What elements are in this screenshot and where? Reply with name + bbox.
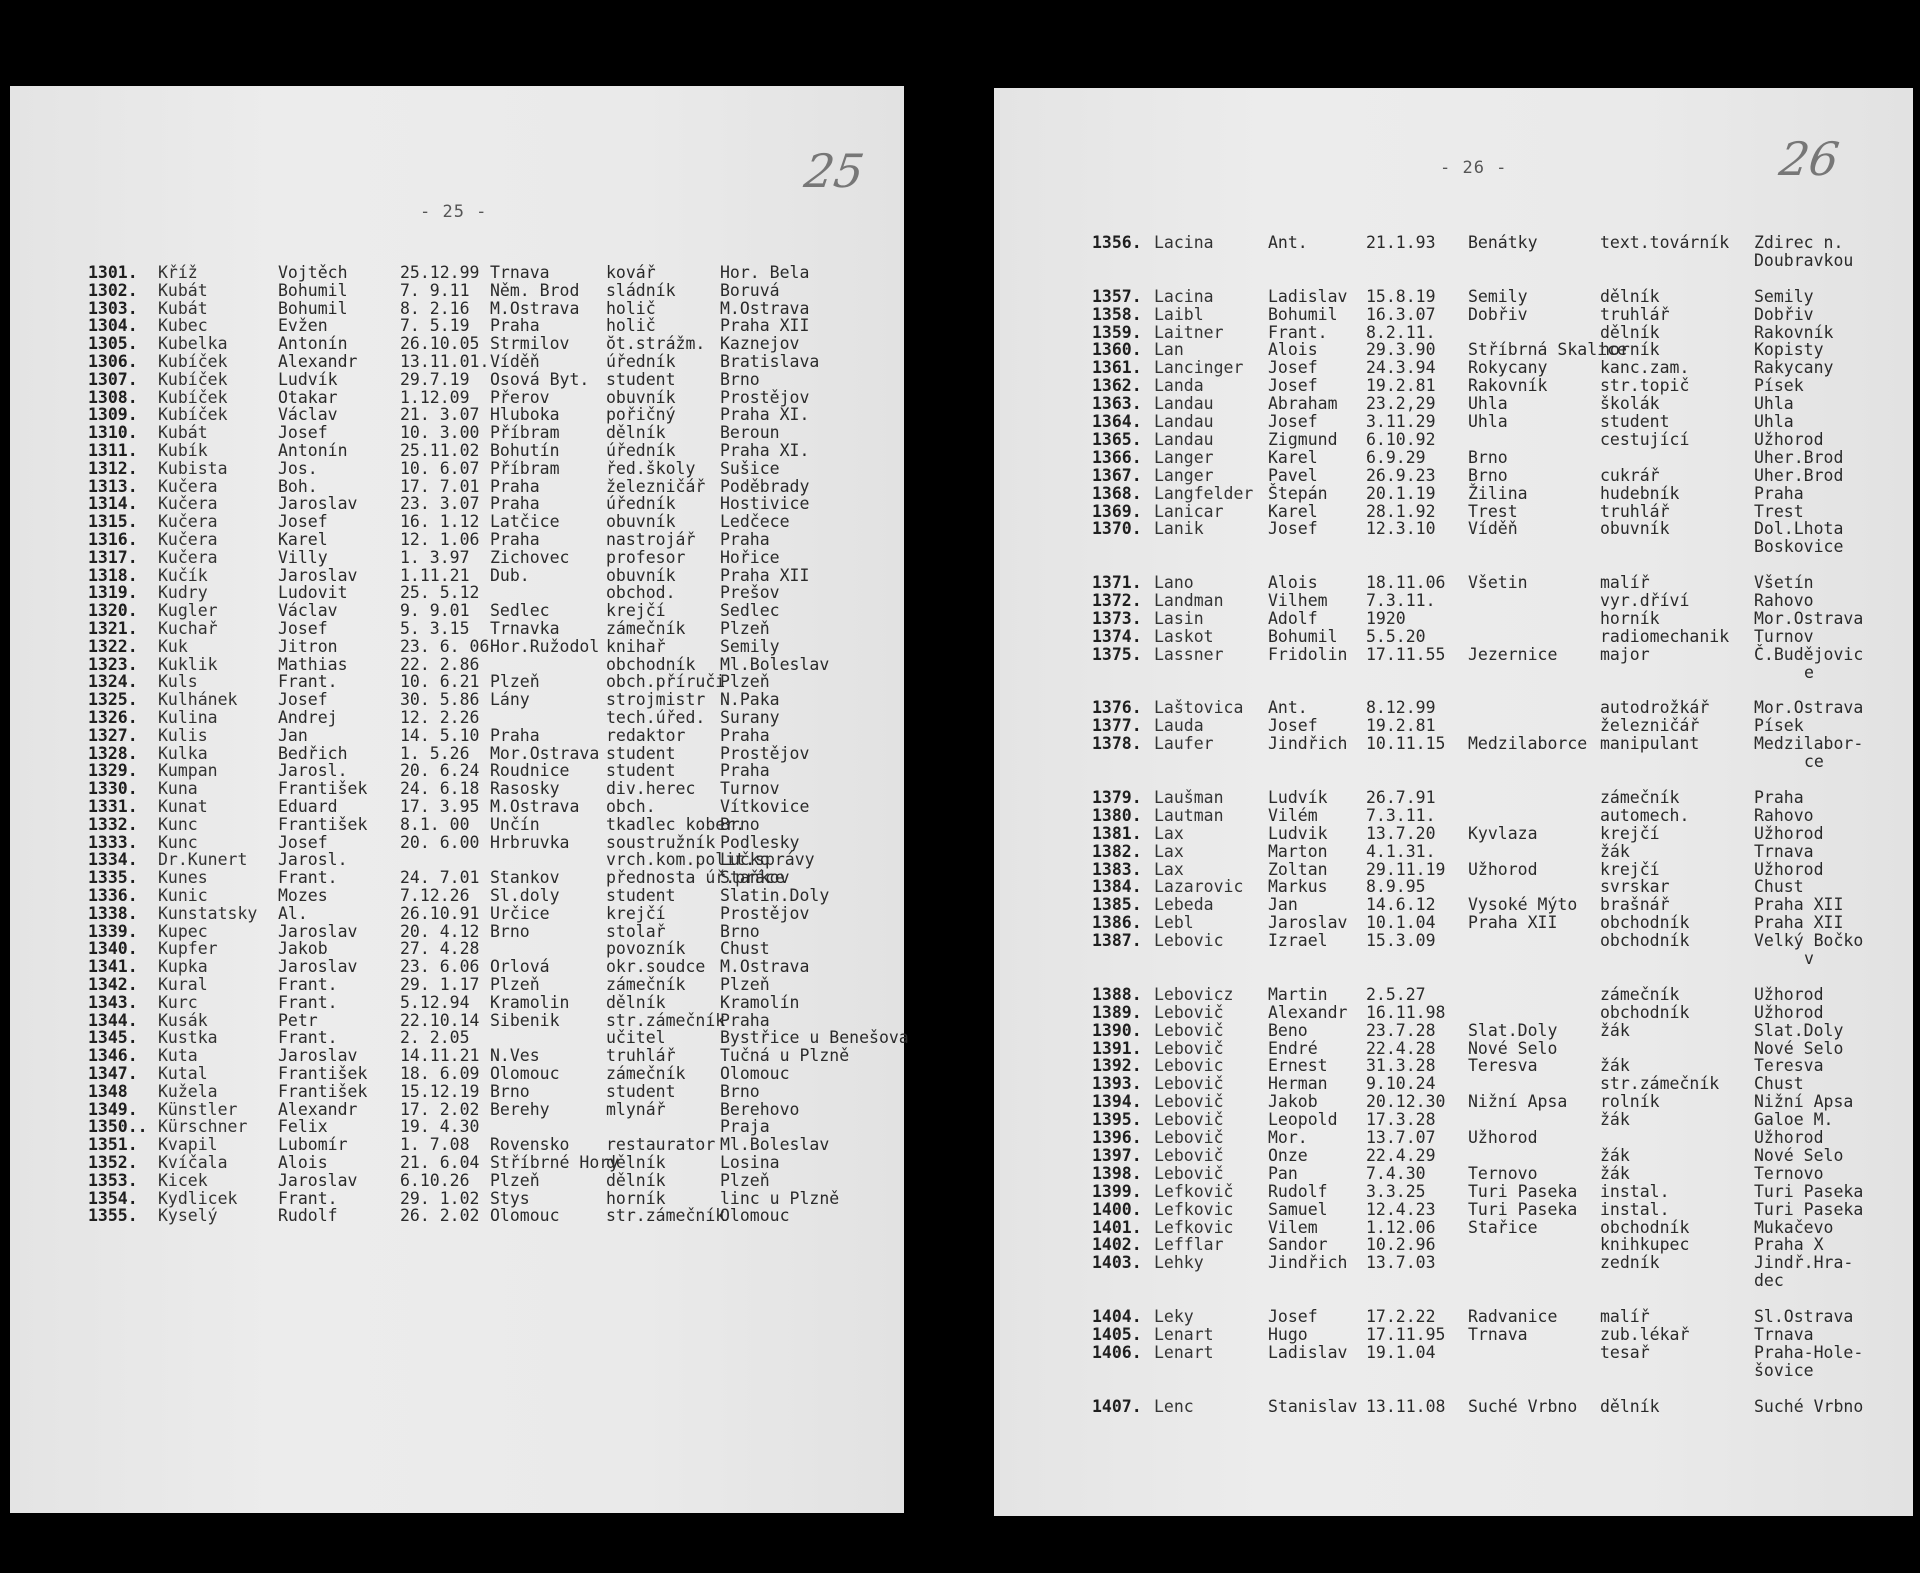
entry-occupation: instal. xyxy=(1600,1183,1670,1201)
entry-residence: Brno xyxy=(720,371,760,389)
entry-no: 1369. xyxy=(1092,503,1142,521)
entry-residence: Prostějov xyxy=(720,389,809,407)
entry-first: Ant. xyxy=(1268,234,1308,252)
entry-occupation: student xyxy=(606,745,676,763)
entry-first: Bohumil xyxy=(1268,306,1338,324)
entry-birthplace: Benátky xyxy=(1468,234,1538,252)
entry-occupation: dělník xyxy=(1600,288,1660,306)
entry-first: Josef xyxy=(1268,377,1318,395)
entry-no: 1332. xyxy=(88,816,138,834)
entry-occupation: student xyxy=(606,887,676,905)
entry-surname: Kyselý xyxy=(158,1207,218,1225)
entry-residence: Užhorod xyxy=(1754,1129,1824,1147)
table-row: 1385.LebedaJan14.6.12Vysoké MýtobrašnářP… xyxy=(994,896,1913,914)
entry-surname: Kučera xyxy=(158,513,218,531)
entry-born: 15.3.09 xyxy=(1366,932,1436,950)
entry-occupation: restaurator xyxy=(606,1136,715,1154)
entry-birthplace: Rakovník xyxy=(1468,377,1547,395)
entry-residence: Kopisty xyxy=(1754,341,1824,359)
entry-surname: Laitner xyxy=(1154,324,1224,342)
entry-no: 1354. xyxy=(88,1190,138,1208)
entry-first: Jaroslav xyxy=(278,495,357,513)
entry-first: Abraham xyxy=(1268,395,1338,413)
entry-first: Jos. xyxy=(278,460,318,478)
entry-birthplace: Stařice xyxy=(1468,1219,1538,1237)
entry-born: 19.2.81 xyxy=(1366,717,1436,735)
entry-first: Andrej xyxy=(278,709,338,727)
entry-occupation: radiomechanik xyxy=(1600,628,1729,646)
entry-born: 12.3.10 xyxy=(1366,520,1436,538)
entry-first: Ernest xyxy=(1268,1057,1328,1075)
entry-birthplace: Určice xyxy=(490,905,550,923)
entry-residence: Trest xyxy=(1754,503,1804,521)
entry-no: 1338. xyxy=(88,905,138,923)
table-row: 1381.LaxLudvik13.7.20KyvlazakrejčíUžhoro… xyxy=(994,825,1913,843)
entry-surname: Kumpan xyxy=(158,762,218,780)
entry-born: 20.12.30 xyxy=(1366,1093,1445,1111)
entry-occupation: hudebník xyxy=(1600,485,1679,503)
entry-occupation: student xyxy=(606,1083,676,1101)
entry-occupation: úředník xyxy=(606,353,676,371)
entry-birthplace: Berehy xyxy=(490,1101,550,1119)
entry-born: 20.1.19 xyxy=(1366,485,1436,503)
entry-no: 1398. xyxy=(1092,1165,1142,1183)
entry-occupation: povozník xyxy=(606,940,685,958)
entry-first: Vilhem xyxy=(1268,592,1328,610)
entry-residence: Nižní Apsa xyxy=(1754,1093,1853,1111)
entry-born: 14. 5.10 xyxy=(400,727,479,745)
entry-residence: Praha xyxy=(720,531,770,549)
table-row: 1323.KuklikMathias22. 2.86obchodníkMl.Bo… xyxy=(10,656,904,674)
entry-born: 10.1.04 xyxy=(1366,914,1436,932)
entry-first: Mozes xyxy=(278,887,328,905)
entry-residence: Užhorod xyxy=(1754,431,1824,449)
entry-occupation: kovář xyxy=(606,264,656,282)
table-row: 1348KuželaFrantišek15.12.19BrnostudentBr… xyxy=(10,1083,904,1101)
entry-born: 10. 3.00 xyxy=(400,424,479,442)
entry-birthplace: Hluboka xyxy=(490,406,560,424)
entry-first: Samuel xyxy=(1268,1201,1328,1219)
entry-born: 21.1.93 xyxy=(1366,234,1436,252)
entry-born: 25. 5.12 xyxy=(400,584,479,602)
entry-residence: Trnava xyxy=(1754,1326,1814,1344)
entry-no: 1376. xyxy=(1092,699,1142,717)
entry-no: 1304. xyxy=(88,317,138,335)
table-row: 1312.KubistaJos.10. 6.07Příbramřed.školy… xyxy=(10,460,904,478)
entry-born: 1920 xyxy=(1366,610,1406,628)
entry-surname: Kuls xyxy=(158,673,198,691)
table-row: 1330.KunaFrantišek24. 6.18Rasoskydiv.her… xyxy=(10,780,904,798)
entry-born: 4.1.31. xyxy=(1366,843,1436,861)
entry-born: 10. 6.07 xyxy=(400,460,479,478)
entry-residence: Praha XI. xyxy=(720,406,809,424)
entry-residence: Bystřice u Benešova xyxy=(720,1029,909,1047)
entry-no: 1307. xyxy=(88,371,138,389)
entry-surname: Kubíček xyxy=(158,371,228,389)
entry-born: 26.7.91 xyxy=(1366,789,1436,807)
entry-no: 1326. xyxy=(88,709,138,727)
entry-residence: Zdirec n. xyxy=(1754,234,1843,252)
entry-first: Jaroslav xyxy=(1268,914,1347,932)
entry-first: Bohumil xyxy=(278,300,348,318)
entry-residence: Sedlec xyxy=(720,602,780,620)
entry-surname: Kudry xyxy=(158,584,208,602)
entry-no: 1353. xyxy=(88,1172,138,1190)
entry-first: Josef xyxy=(278,424,328,442)
entry-born: 23.2,29 xyxy=(1366,395,1436,413)
entry-no: 1344. xyxy=(88,1012,138,1030)
entry-occupation: žák xyxy=(1600,1147,1630,1165)
entry-occupation: malíř xyxy=(1600,1308,1650,1326)
entry-surname: Laufer xyxy=(1154,735,1214,753)
entry-occupation: obchodník xyxy=(1600,914,1689,932)
entry-residence: Rakycany xyxy=(1754,359,1833,377)
entry-residence: Č.Budějovic xyxy=(1754,646,1863,664)
entry-residence: Galoe M. xyxy=(1754,1111,1833,1129)
entry-born: 10.2.96 xyxy=(1366,1236,1436,1254)
entry-occupation: rolník xyxy=(1600,1093,1660,1111)
entry-first: Pan xyxy=(1268,1165,1298,1183)
entry-occupation: redaktor xyxy=(606,727,685,745)
table-row: 1311.KubíkAntonín25.11.02BohutínúředníkP… xyxy=(10,442,904,460)
entry-surname: Kvíčala xyxy=(158,1154,228,1172)
entry-first: František xyxy=(278,780,367,798)
entry-surname: Kunstatsky xyxy=(158,905,257,923)
entry-surname: Kubíček xyxy=(158,406,228,424)
entry-birthplace: Jezernice xyxy=(1468,646,1557,664)
table-row: 1313.KučeraBoh.17. 7.01PrahaželezničářPo… xyxy=(10,478,904,496)
entry-occupation: železničář xyxy=(1600,717,1699,735)
entry-no: 1316. xyxy=(88,531,138,549)
entry-surname: Kuklik xyxy=(158,656,218,674)
entry-occupation: student xyxy=(606,371,676,389)
table-row-continuation: e xyxy=(994,664,1913,682)
table-row: 1339.KupecJaroslav20. 4.12BrnostolařBrno xyxy=(10,923,904,941)
entry-occupation: krejčí xyxy=(1600,861,1660,879)
entry-birthplace: Uhla xyxy=(1468,395,1508,413)
entry-born: 3.11.29 xyxy=(1366,413,1436,431)
entry-first: Herman xyxy=(1268,1075,1328,1093)
entry-residence: Poděbrady xyxy=(720,478,809,496)
entry-residence: Všetín xyxy=(1754,574,1814,592)
entry-born: 20. 4.12 xyxy=(400,923,479,941)
entry-born: 6.9.29 xyxy=(1366,449,1426,467)
entry-birthplace: Brno xyxy=(490,1083,530,1101)
entry-residence: Slatin.Doly xyxy=(720,887,829,905)
entry-occupation: truhlář xyxy=(1600,306,1670,324)
entry-born: 12.4.23 xyxy=(1366,1201,1436,1219)
table-row: 1327.KulisJan14. 5.10PraharedaktorPraha xyxy=(10,727,904,745)
entry-no: 1399. xyxy=(1092,1183,1142,1201)
table-row: 1390.LebovičBeno23.7.28Slat.DolyžákSlat.… xyxy=(994,1022,1913,1040)
entry-residence: Praha XII xyxy=(1754,896,1843,914)
table-row-continuation: Doubravkou xyxy=(994,252,1913,270)
entry-born: 1.12.09 xyxy=(400,389,470,407)
entry-surname: Kubát xyxy=(158,282,208,300)
entry-residence: Kramolín xyxy=(720,994,799,1012)
entry-occupation: stolař xyxy=(606,923,666,941)
entry-birthplace: Vysoké Mýto xyxy=(1468,896,1577,914)
entry-no: 1401. xyxy=(1092,1219,1142,1237)
entry-surname: Laušman xyxy=(1154,789,1224,807)
entry-residence: Olomouc xyxy=(720,1065,790,1083)
entry-first: Markus xyxy=(1268,878,1328,896)
table-row: 1353.KicekJaroslav6.10.26PlzeňdělníkPlze… xyxy=(10,1172,904,1190)
table-row: 1356.LacinaAnt.21.1.93Benátkytext.továrn… xyxy=(994,234,1913,252)
entry-residence: Užhorod xyxy=(1754,986,1824,1004)
entry-occupation: mlynář xyxy=(606,1101,666,1119)
entry-surname: Kubát xyxy=(158,300,208,318)
entry-occupation: instal. xyxy=(1600,1201,1670,1219)
entry-first: Rudolf xyxy=(278,1207,338,1225)
table-row: 1354.KydlicekFrant.29. 1.02Styshorníklin… xyxy=(10,1190,904,1208)
entry-residence: Brno xyxy=(720,923,760,941)
entry-born: 1. 7.08 xyxy=(400,1136,470,1154)
entry-born: 26.9.23 xyxy=(1366,467,1436,485)
entry-residence: Uher.Brod xyxy=(1754,449,1843,467)
entry-birthplace: Praha XII xyxy=(1468,914,1557,932)
entry-residence: Užhorod xyxy=(1754,1004,1824,1022)
entry-residence: Suché Vrbno xyxy=(1754,1398,1863,1416)
entry-born: 6.10.92 xyxy=(1366,431,1436,449)
table-row: 1366.LangerKarel6.9.29BrnoUher.Brod xyxy=(994,449,1913,467)
entry-residence: Plzeň xyxy=(720,976,770,994)
entry-birthplace: Žilina xyxy=(1468,485,1528,503)
entry-first: Ludvík xyxy=(1268,789,1328,807)
table-row: 1372.LandmanVilhem7.3.11.vyr.dřívíRahovo xyxy=(994,592,1913,610)
entry-born: 18.11.06 xyxy=(1366,574,1445,592)
entry-born: 29.7.19 xyxy=(400,371,470,389)
entry-born: 7. 9.11 xyxy=(400,282,470,300)
entry-occupation: dělník xyxy=(606,1172,666,1190)
entry-born: 7. 5.19 xyxy=(400,317,470,335)
entry-occupation: svrskar xyxy=(1600,878,1670,896)
entry-no: 1389. xyxy=(1092,1004,1142,1022)
entry-occupation: malíř xyxy=(1600,574,1650,592)
entry-born: 16.11.98 xyxy=(1366,1004,1445,1022)
entry-surname: Kučera xyxy=(158,549,218,567)
entry-born: 24.3.94 xyxy=(1366,359,1436,377)
entry-no: 1335. xyxy=(88,869,138,887)
entry-occupation: horník xyxy=(1600,341,1660,359)
table-row: 1341.KupkaJaroslav23. 6.06Orlováokr.soud… xyxy=(10,958,904,976)
entry-birthplace: Lány xyxy=(490,691,530,709)
entry-no: 1396. xyxy=(1092,1129,1142,1147)
entry-birthplace: M.Ostrava xyxy=(490,300,579,318)
entry-born: 22.10.14 xyxy=(400,1012,479,1030)
entry-residence: linc u Plzně xyxy=(720,1190,839,1208)
entry-no: 1336. xyxy=(88,887,138,905)
entry-no: 1319. xyxy=(88,584,138,602)
entry-occupation: soustružník xyxy=(606,834,715,852)
entry-no: 1390. xyxy=(1092,1022,1142,1040)
table-row: 1328.KulkaBedřich1. 5.26Mor.Ostravastude… xyxy=(10,745,904,763)
table-row: 1401.LefkovicVilem1.12.06Stařiceobchodní… xyxy=(994,1219,1913,1237)
entry-first: Martin xyxy=(1268,986,1328,1004)
entry-first: Karel xyxy=(278,531,328,549)
entry-residence: Brno xyxy=(720,1083,760,1101)
entry-occupation: pořičný xyxy=(606,406,676,424)
entry-born: 22. 2.86 xyxy=(400,656,479,674)
entry-first: Ludovit xyxy=(278,584,348,602)
table-row: 1335.KunesFrant.24. 7.01Stankovpřednosta… xyxy=(10,869,904,887)
entry-surname: Künstler xyxy=(158,1101,237,1119)
entry-occupation: vrch.kom.polit.správy xyxy=(606,851,815,869)
table-row: 1375.LassnerFridolin17.11.55Jezernicemaj… xyxy=(994,646,1913,664)
entry-residence: Podlesky xyxy=(720,834,799,852)
entry-occupation: brašnář xyxy=(1600,896,1670,914)
entry-no: 1303. xyxy=(88,300,138,318)
table-row: 1318.KučíkJaroslav1.11.21Dub.obuvníkPrah… xyxy=(10,567,904,585)
table-row: 1384.LazarovicMarkus8.9.95svrskarChust xyxy=(994,878,1913,896)
entry-birthplace: Přerov xyxy=(490,389,550,407)
table-row: 1316.KučeraKarel12. 1.06PrahanastrojářPr… xyxy=(10,531,904,549)
entry-occupation: student xyxy=(606,762,676,780)
entry-birthplace: Dub. xyxy=(490,567,530,585)
entry-born: 13.7.03 xyxy=(1366,1254,1436,1272)
table-row-continuation: dec xyxy=(994,1272,1913,1290)
entry-birthplace: Brno xyxy=(1468,449,1508,467)
table-row: 1301.KřížVojtěch25.12.99TrnavakovářHor. … xyxy=(10,264,904,282)
entry-no: 1330. xyxy=(88,780,138,798)
entry-occupation: dělník xyxy=(606,1154,666,1172)
entry-surname: Lautman xyxy=(1154,807,1224,825)
entry-surname: Kugler xyxy=(158,602,218,620)
entry-no: 1373. xyxy=(1092,610,1142,628)
entry-residence: Ternovo xyxy=(1754,1165,1824,1183)
entry-birthplace: Zichovec xyxy=(490,549,569,567)
entry-no: 1361. xyxy=(1092,359,1142,377)
entry-occupation: okr.soudce xyxy=(606,958,705,976)
entry-birthplace: Plzeň xyxy=(490,1172,540,1190)
entry-occupation: holič xyxy=(606,317,656,335)
entry-no: 1355. xyxy=(88,1207,138,1225)
entry-first: Václav xyxy=(278,602,338,620)
entry-surname: Kupka xyxy=(158,958,208,976)
entry-surname: Lefkovic xyxy=(1154,1219,1233,1237)
entry-surname: Kutal xyxy=(158,1065,208,1083)
entry-first: Petr xyxy=(278,1012,318,1030)
entry-surname: Landau xyxy=(1154,431,1214,449)
entry-occupation: zámečník xyxy=(606,976,685,994)
entry-surname: Leky xyxy=(1154,1308,1194,1326)
table-row: 1304.KubecEvžen7. 5.19PrahaholičPraha XI… xyxy=(10,317,904,335)
entry-residence: Turnov xyxy=(720,780,780,798)
entry-surname: Kunat xyxy=(158,798,208,816)
entry-surname: Lebovič xyxy=(1154,1075,1224,1093)
entry-first: Karel xyxy=(1268,449,1318,467)
entry-birthplace: Víděň xyxy=(1468,520,1518,538)
table-row: 1310.KubátJosef10. 3.00PříbramdělníkBero… xyxy=(10,424,904,442)
entry-residence: Trnava xyxy=(1754,843,1814,861)
entry-first: Leopold xyxy=(1268,1111,1338,1129)
entry-no: 1328. xyxy=(88,745,138,763)
entry-birthplace: Plzeň xyxy=(490,976,540,994)
entry-occupation: cukrář xyxy=(1600,467,1660,485)
entry-birthplace: Strmilov xyxy=(490,335,569,353)
entry-no: 1342. xyxy=(88,976,138,994)
entry-birthplace: Trest xyxy=(1468,503,1518,521)
entry-birthplace: Osová Byt. xyxy=(490,371,589,389)
entry-residence: Ml.Boleslav xyxy=(720,656,829,674)
entry-surname: Lanik xyxy=(1154,520,1204,538)
entry-first: Jan xyxy=(1268,896,1298,914)
register-entries: 1356.LacinaAnt.21.1.93Benátkytext.továrn… xyxy=(994,88,1913,1516)
table-row: 1319.KudryLudovit25. 5.12obchod.Prešov xyxy=(10,584,904,602)
entry-birthplace: Praha xyxy=(490,531,540,549)
entry-first: Vojtěch xyxy=(278,264,348,282)
table-row: 1329.KumpanJarosl.20. 6.24Roudnicestuden… xyxy=(10,762,904,780)
entry-first: Jarosl. xyxy=(278,851,348,869)
entry-birthplace: Semily xyxy=(1468,288,1528,306)
entry-residence: Teresva xyxy=(1754,1057,1824,1075)
entry-first: Josef xyxy=(278,620,328,638)
table-row: 1399.LefkovičRudolf3.3.25Turi Pasekainst… xyxy=(994,1183,1913,1201)
entry-no: 1348 xyxy=(88,1083,128,1101)
entry-residence: Praha xyxy=(720,727,770,745)
entry-residence: Praha xyxy=(1754,485,1804,503)
entry-born: 29.11.19 xyxy=(1366,861,1445,879)
entry-residence: Ml.Boleslav xyxy=(720,1136,829,1154)
entry-surname: Kural xyxy=(158,976,208,994)
table-row: 1370.LanikJosef12.3.10VíděňobuvníkDol.Lh… xyxy=(994,520,1913,538)
entry-birthplace: Sedlec xyxy=(490,602,550,620)
entry-first: Hugo xyxy=(1268,1326,1308,1344)
entry-occupation: úředník xyxy=(606,495,676,513)
table-row: 1326.KulinaAndrej12. 2.26tech.úřed.Suran… xyxy=(10,709,904,727)
entry-surname: Lenc xyxy=(1154,1398,1194,1416)
entry-born: 17.11.55 xyxy=(1366,646,1445,664)
entry-residence: N.Paka xyxy=(720,691,780,709)
entry-born: 29. 1.17 xyxy=(400,976,479,994)
entry-first: Jakob xyxy=(278,940,328,958)
table-row: 1405.LenartHugo17.11.95Trnavazub.lékařTr… xyxy=(994,1326,1913,1344)
entry-birthplace: Kyvlaza xyxy=(1468,825,1538,843)
entry-no: 1383. xyxy=(1092,861,1142,879)
entry-born: 27. 4.28 xyxy=(400,940,479,958)
entry-no: 1349. xyxy=(88,1101,138,1119)
entry-occupation: obchodník xyxy=(1600,1219,1689,1237)
entry-no: 1306. xyxy=(88,353,138,371)
entry-residence: Semily xyxy=(1754,288,1814,306)
entry-occupation: holič xyxy=(606,300,656,318)
entry-birthplace: Unčín xyxy=(490,816,540,834)
entry-surname: Lano xyxy=(1154,574,1194,592)
entry-occupation: žák xyxy=(1600,1111,1630,1129)
entry-first: Frant. xyxy=(278,1190,338,1208)
entry-occupation: knihkupec xyxy=(1600,1236,1689,1254)
table-row-continuation: Boskovice xyxy=(994,538,1913,556)
entry-first: Alois xyxy=(278,1154,328,1172)
entry-no: 1360. xyxy=(1092,341,1142,359)
entry-residence: Vítkovice xyxy=(720,798,809,816)
table-row: 1404.LekyJosef17.2.22RadvanicemalířSl.Os… xyxy=(994,1308,1913,1326)
entry-residence: Semily xyxy=(720,638,780,656)
entry-residence: Staňkov xyxy=(720,869,790,887)
entry-first: Antonín xyxy=(278,335,348,353)
entry-occupation: kanc.zam. xyxy=(1600,359,1689,377)
table-row: 1336.KunicMozes7.12.26Sl.dolystudentSlat… xyxy=(10,887,904,905)
entry-residence: Plzeň xyxy=(720,1172,770,1190)
entry-born: 1. 5.26 xyxy=(400,745,470,763)
entry-born: 14.6.12 xyxy=(1366,896,1436,914)
entry-birthplace: Praha xyxy=(490,317,540,335)
entry-born: 26. 2.02 xyxy=(400,1207,479,1225)
entry-surname: Kunic xyxy=(158,887,208,905)
entry-first: Zoltan xyxy=(1268,861,1328,879)
entry-birthplace: Olomouc xyxy=(490,1065,560,1083)
entry-surname: Kuk xyxy=(158,638,188,656)
